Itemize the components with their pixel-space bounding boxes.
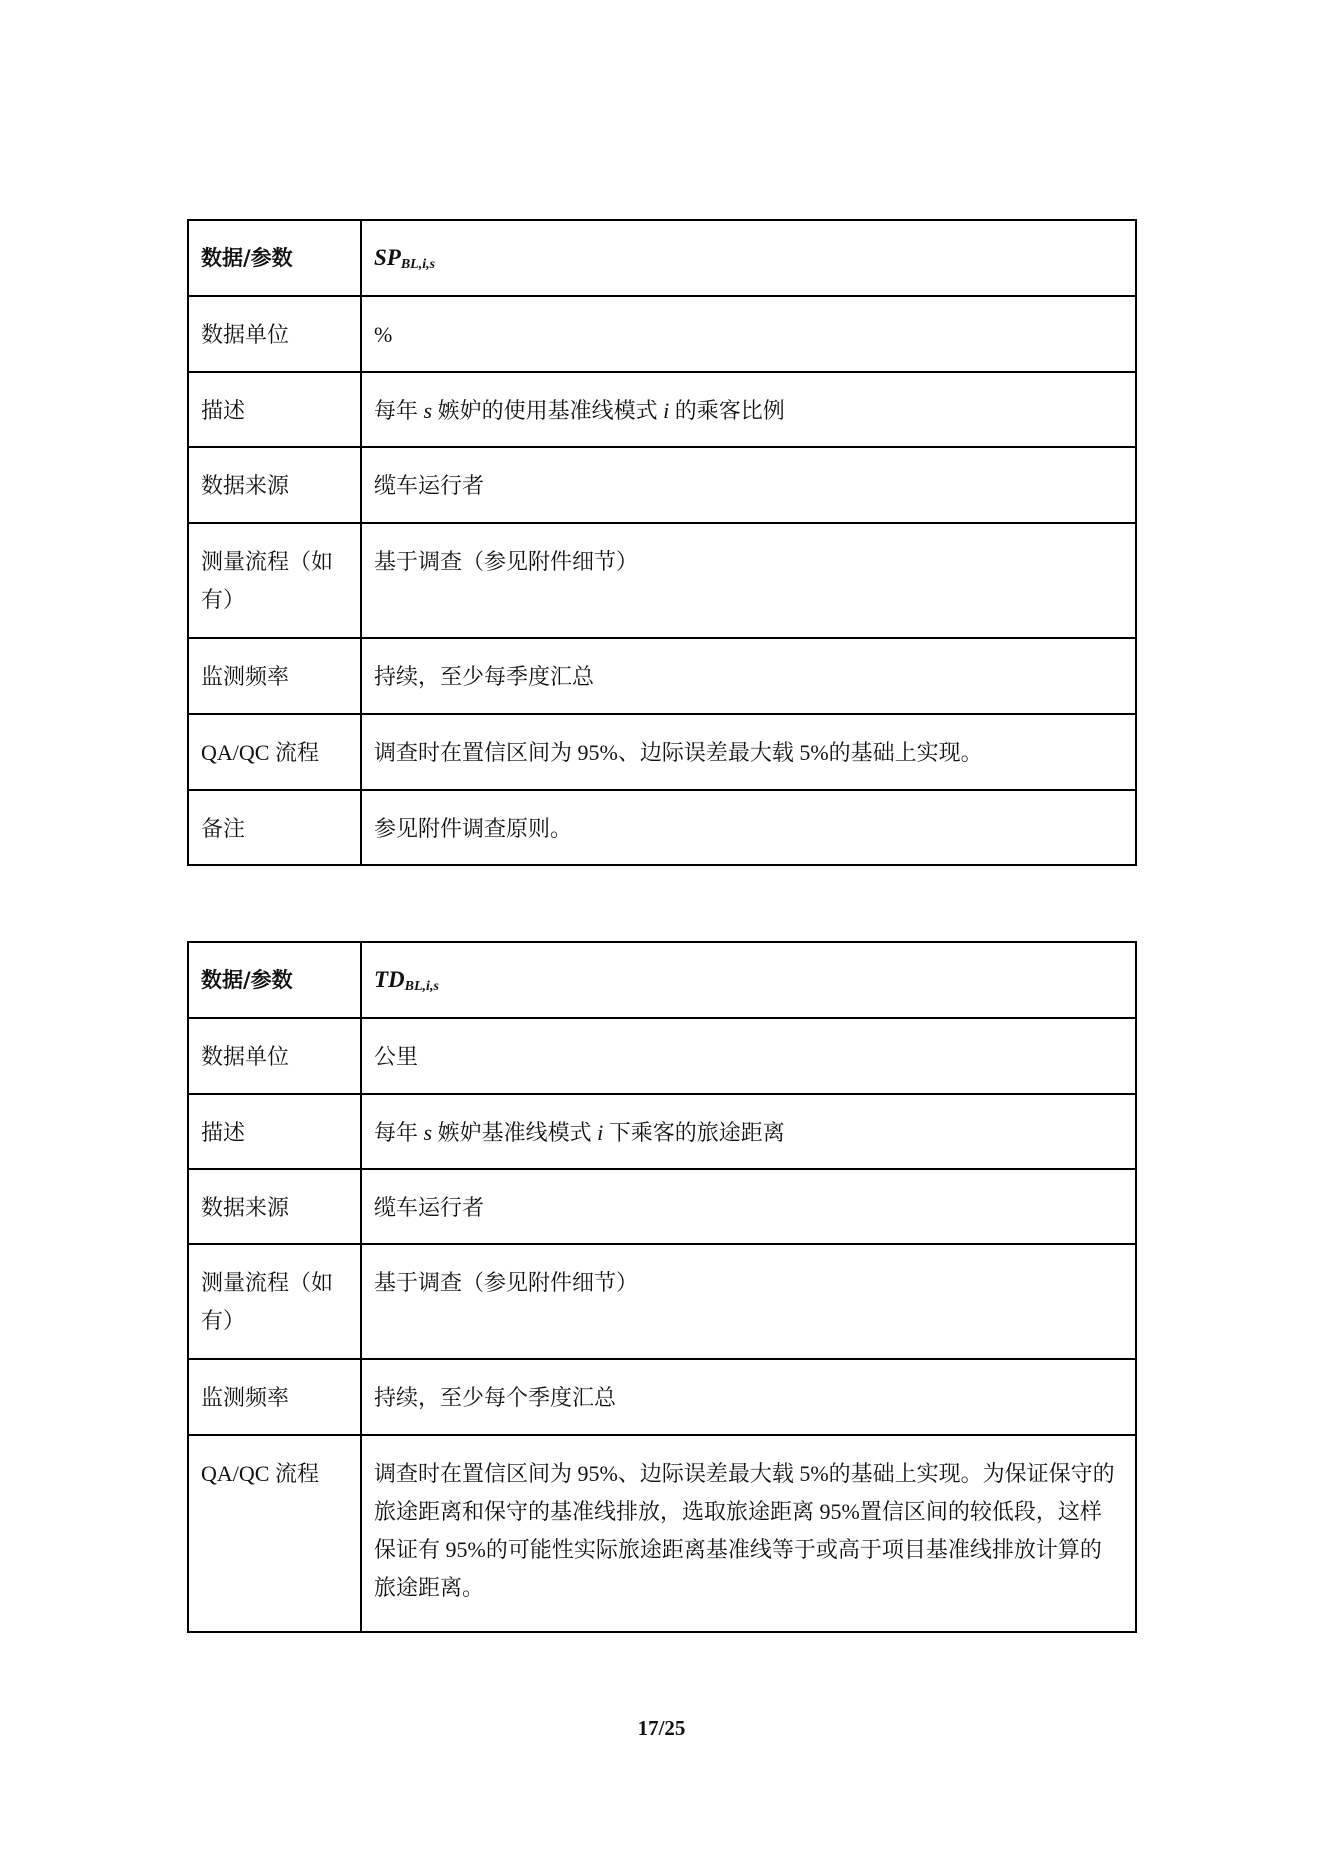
table-row: 数据单位 公里 bbox=[188, 1018, 1136, 1094]
table-row: 数据来源 缆车运行者 bbox=[188, 1169, 1136, 1244]
header-label: 数据/参数 bbox=[201, 943, 348, 999]
row-label: 测量流程（如有） bbox=[201, 524, 348, 619]
row-value: 公里 bbox=[374, 1019, 1123, 1076]
symbol-main: TD bbox=[374, 967, 405, 992]
parameter-symbol: SPBL,i,s bbox=[374, 221, 1123, 281]
row-label: 备注 bbox=[201, 791, 348, 848]
table-header-row: 数据/参数 SPBL,i,s bbox=[188, 220, 1136, 296]
table-row: 测量流程（如有） 基于调查（参见附件细节） bbox=[188, 523, 1136, 638]
row-value: 持续，至少每个季度汇总 bbox=[374, 1360, 1123, 1417]
row-label: 数据单位 bbox=[201, 1019, 348, 1076]
row-label: 测量流程（如有） bbox=[201, 1245, 348, 1340]
page-number: 17/25 bbox=[0, 1716, 1323, 1741]
row-label: QA/QC 流程 bbox=[201, 1436, 348, 1493]
row-value: 基于调查（参见附件细节） bbox=[374, 524, 1123, 581]
table-row: 数据单位 % bbox=[188, 296, 1136, 372]
row-label: 描述 bbox=[201, 373, 348, 430]
table-row: 监测频率 持续，至少每季度汇总 bbox=[188, 638, 1136, 714]
variable-s: s bbox=[424, 1120, 433, 1145]
symbol-main: SP bbox=[374, 245, 401, 270]
table-row: 监测频率 持续，至少每个季度汇总 bbox=[188, 1359, 1136, 1435]
table-row: 描述 每年 s 嫉妒的使用基准线模式 i 的乘客比例 bbox=[188, 372, 1136, 447]
row-value: 参见附件调查原则。 bbox=[374, 791, 1123, 848]
text-fragment: 嫉妒基准线模式 bbox=[432, 1120, 597, 1145]
row-value: 调查时在置信区间为 95%、边际误差最大载 5%的基础上实现。 bbox=[374, 715, 1123, 772]
text-fragment: 的乘客比例 bbox=[669, 398, 785, 423]
symbol-subscript: BL,i,s bbox=[405, 979, 439, 994]
variable-s: s bbox=[424, 398, 433, 423]
row-value: % bbox=[374, 297, 1123, 354]
text-fragment: 每年 bbox=[374, 1120, 424, 1145]
row-value: 每年 s 嫉妒基准线模式 i 下乘客的旅途距离 bbox=[374, 1095, 1123, 1152]
text-fragment: 每年 bbox=[374, 398, 424, 423]
row-value: 基于调查（参见附件细节） bbox=[374, 1245, 1123, 1302]
row-value: 持续，至少每季度汇总 bbox=[374, 639, 1123, 696]
row-label: 描述 bbox=[201, 1095, 348, 1152]
row-label: 数据来源 bbox=[201, 1170, 348, 1227]
row-label: 数据单位 bbox=[201, 297, 348, 354]
row-value: 调查时在置信区间为 95%、边际误差最大载 5%的基础上实现。为保证保守的旅途距… bbox=[374, 1436, 1123, 1607]
table-row: 测量流程（如有） 基于调查（参见附件细节） bbox=[188, 1244, 1136, 1359]
parameter-symbol: TDBL,i,s bbox=[374, 943, 1123, 1003]
header-label: 数据/参数 bbox=[201, 221, 348, 277]
text-fragment: 下乘客的旅途距离 bbox=[603, 1120, 785, 1145]
table-row: 描述 每年 s 嫉妒基准线模式 i 下乘客的旅途距离 bbox=[188, 1094, 1136, 1169]
table-row: 备注 参见附件调查原则。 bbox=[188, 790, 1136, 865]
row-label: 监测频率 bbox=[201, 1360, 348, 1417]
row-label: 监测频率 bbox=[201, 639, 348, 696]
text-fragment: 嫉妒的使用基准线模式 bbox=[432, 398, 663, 423]
table-row: QA/QC 流程 调查时在置信区间为 95%、边际误差最大载 5%的基础上实现。 bbox=[188, 714, 1136, 790]
parameter-table-td: 数据/参数 TDBL,i,s 数据单位 公里 描述 每年 s 嫉妒基准线模式 i… bbox=[187, 941, 1137, 1633]
parameter-table-sp: 数据/参数 SPBL,i,s 数据单位 % 描述 每年 s 嫉妒的使用基准线模式… bbox=[187, 219, 1137, 866]
symbol-subscript: BL,i,s bbox=[401, 257, 435, 272]
row-value: 缆车运行者 bbox=[374, 448, 1123, 505]
row-value: 每年 s 嫉妒的使用基准线模式 i 的乘客比例 bbox=[374, 373, 1123, 430]
row-label: 数据来源 bbox=[201, 448, 348, 505]
row-label: QA/QC 流程 bbox=[201, 715, 348, 772]
row-value: 缆车运行者 bbox=[374, 1170, 1123, 1227]
table-row: 数据来源 缆车运行者 bbox=[188, 447, 1136, 523]
table-header-row: 数据/参数 TDBL,i,s bbox=[188, 942, 1136, 1018]
table-row: QA/QC 流程 调查时在置信区间为 95%、边际误差最大载 5%的基础上实现。… bbox=[188, 1435, 1136, 1632]
